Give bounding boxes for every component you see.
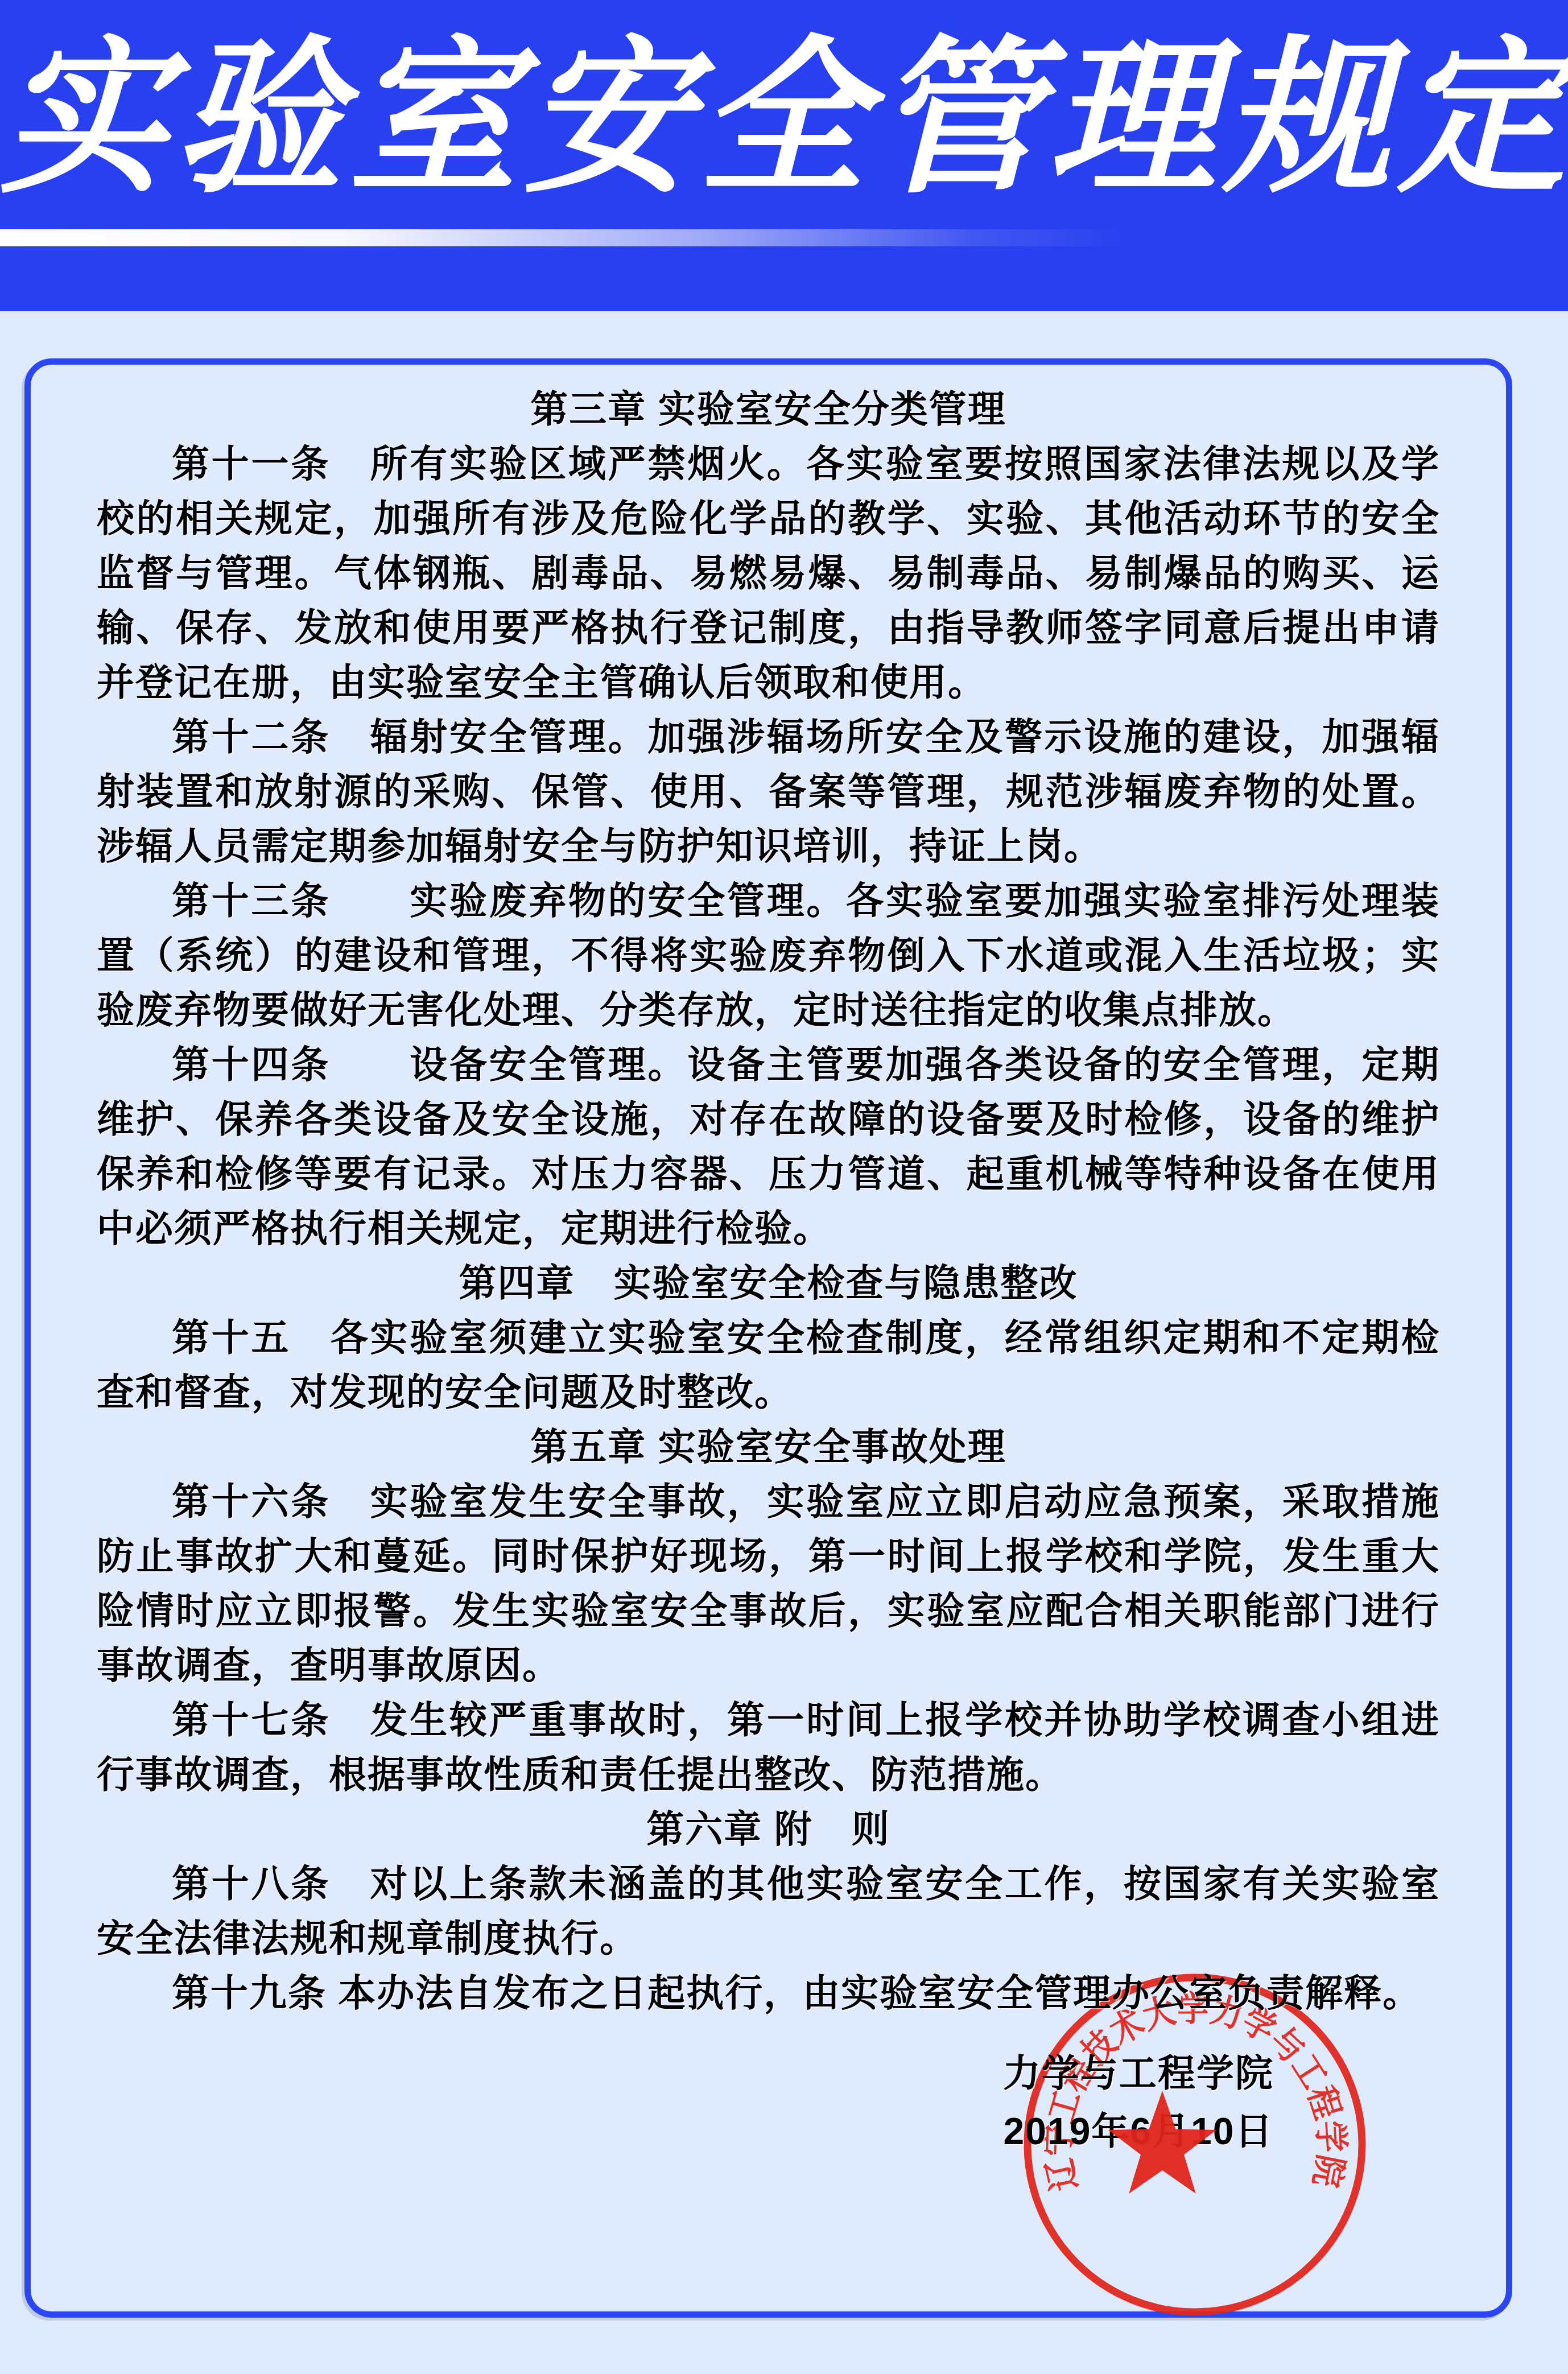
clause-17: 第十七条 发生较严重事故时，第一时间上报学校并协助学校调查小组进行事故调查，根据… xyxy=(97,1692,1440,1802)
poster-title: 实验室安全管理规定 xyxy=(0,10,1568,226)
regulations-panel: 第三章 实验室安全分类管理 第十一条 所有实验区域严禁烟火。各实验室要按照国家法… xyxy=(24,358,1512,2318)
poster: 实验室安全管理规定 第三章 实验室安全分类管理 第十一条 所有实验区域严禁烟火。… xyxy=(0,0,1568,2374)
clause-19: 第十九条 本办法自发布之日起执行，由实验室安全管理办公室负责解释。 xyxy=(97,1966,1440,2020)
seal-star-icon xyxy=(1100,2085,1225,2210)
clause-11: 第十一条 所有实验区域严禁烟火。各实验室要按照国家法律法规以及学校的相关规定，加… xyxy=(97,436,1440,709)
clause-15: 第十五 各实验室须建立实验室安全检查制度，经常组织定期和不定期检查和督查，对发现… xyxy=(97,1310,1440,1419)
regulations-text: 第三章 实验室安全分类管理 第十一条 所有实验区域严禁烟火。各实验室要按照国家法… xyxy=(31,365,1506,2160)
chapter-heading-3: 第三章 实验室安全分类管理 xyxy=(97,382,1440,436)
divider-stripe xyxy=(0,229,1568,246)
clause-14: 第十四条 设备安全管理。设备主管要加强各类设备的安全管理，定期维护、保养各类设备… xyxy=(97,1037,1440,1256)
clause-16: 第十六条 实验室发生安全事故，实验室应立即启动应急预案，采取措施防止事故扩大和蔓… xyxy=(97,1474,1440,1692)
clause-18: 第十八条 对以上条款未涵盖的其他实验室安全工作，按国家有关实验室安全法律法规和规… xyxy=(97,1856,1440,1966)
chapter-heading-4: 第四章 实验室安全检查与隐患整改 xyxy=(97,1256,1440,1310)
chapter-heading-6: 第六章 附 则 xyxy=(97,1802,1440,1856)
chapter-heading-5: 第五章 实验室安全事故处理 xyxy=(97,1419,1440,1474)
clause-12: 第十二条 辐射安全管理。加强涉辐场所安全及警示设施的建设，加强辐射装置和放射源的… xyxy=(97,709,1440,873)
clause-13: 第十三条 实验废弃物的安全管理。各实验室要加强实验室排污处理装置（系统）的建设和… xyxy=(97,873,1440,1037)
header-banner: 实验室安全管理规定 xyxy=(0,0,1568,311)
